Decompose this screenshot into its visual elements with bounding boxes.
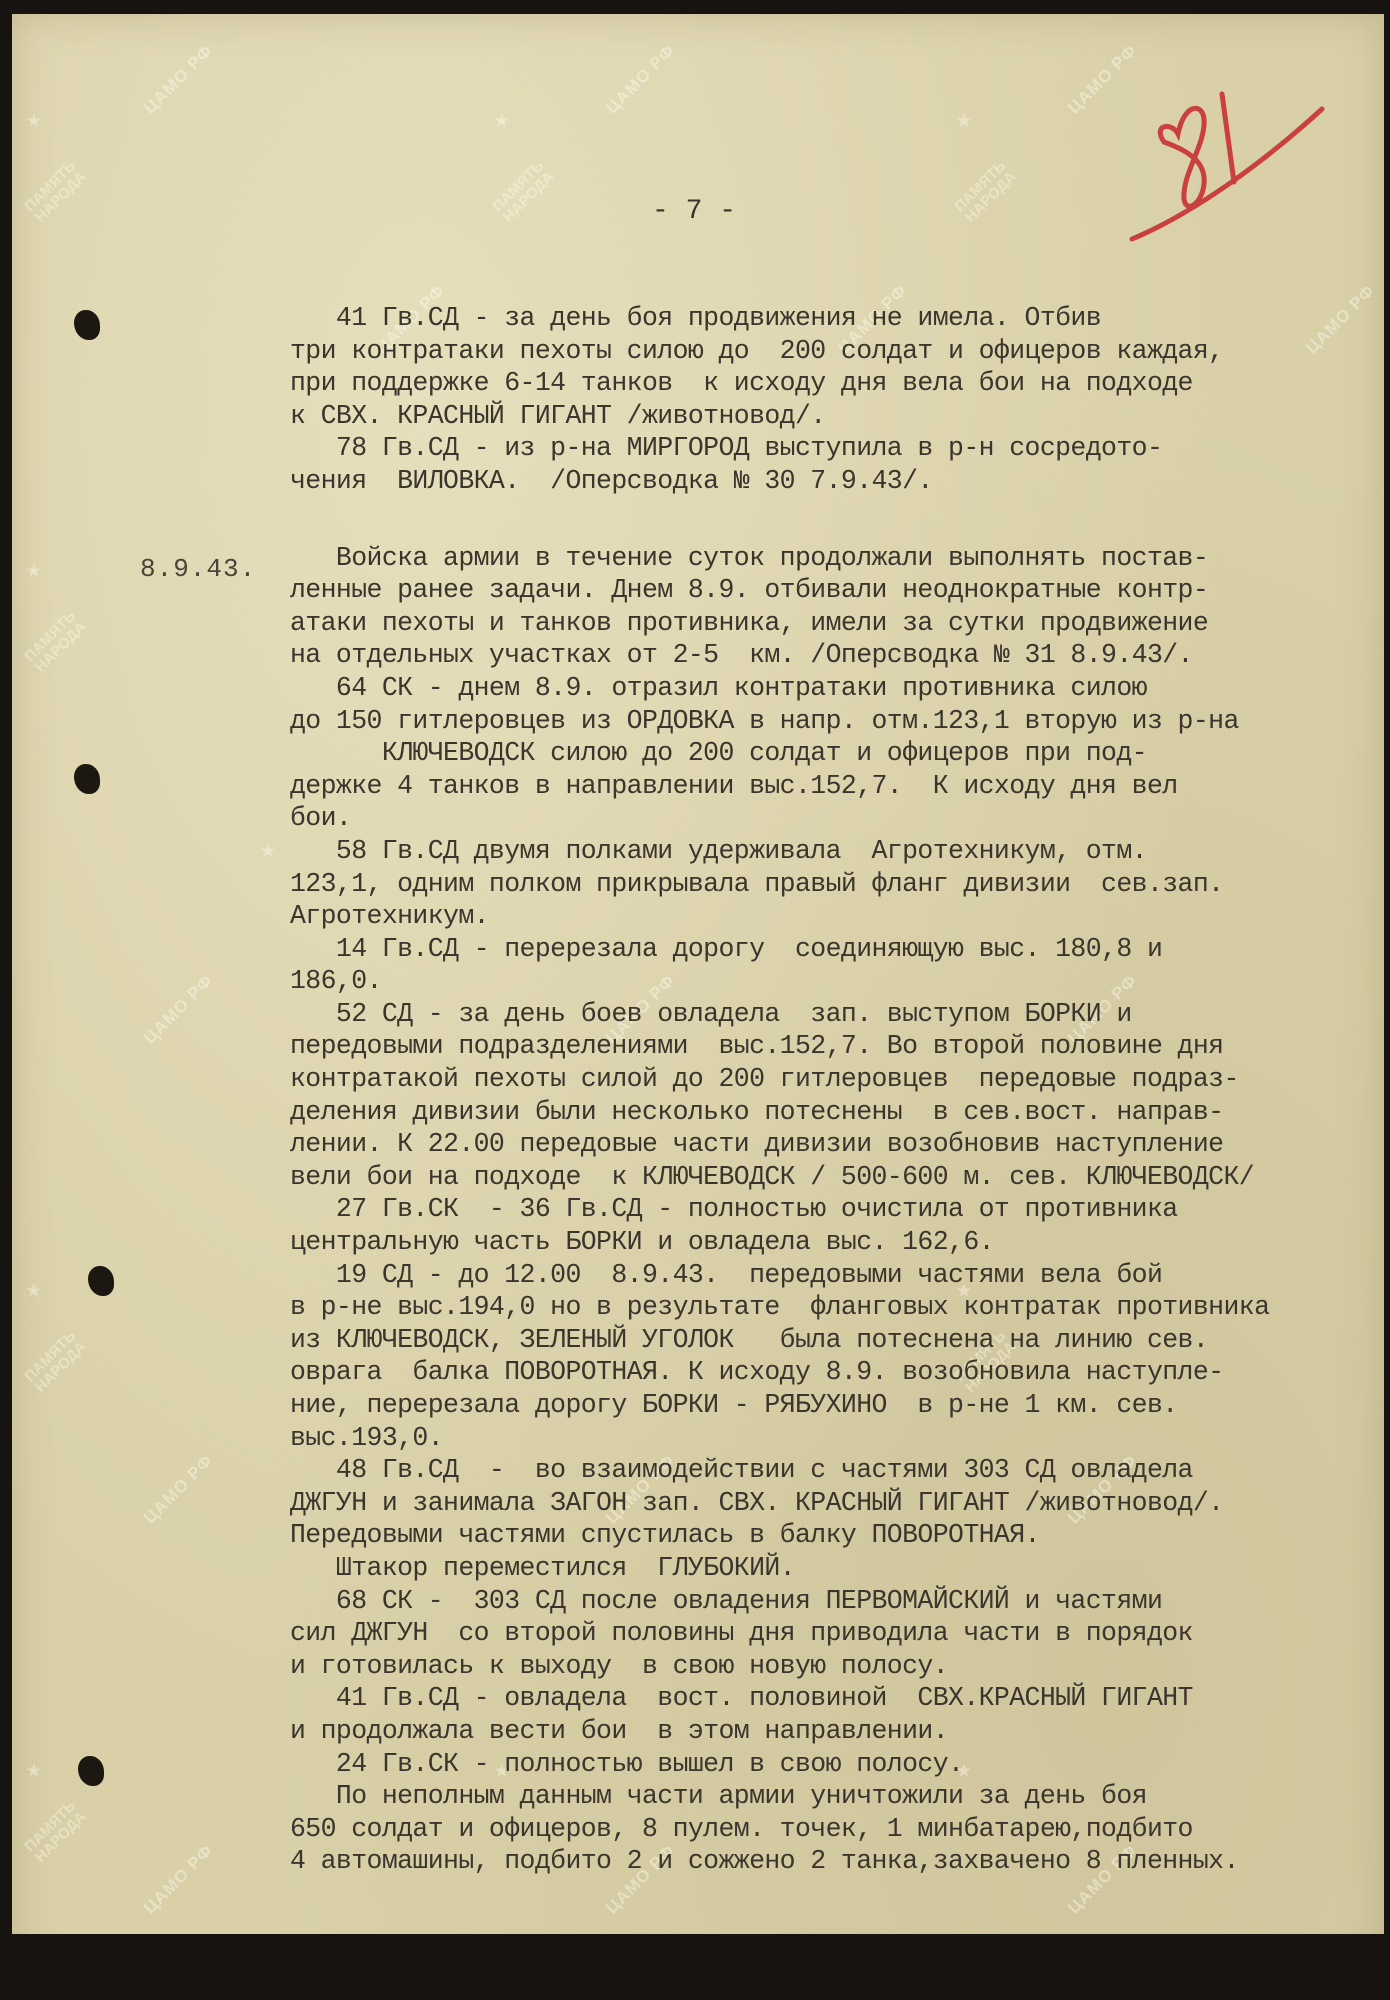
report-body: 41 Гв.СД - за день боя продвижения не им… <box>290 302 1390 1878</box>
text-line: 19 СД - до 12.00 8.9.43. передовыми част… <box>290 1259 1390 1292</box>
star-watermark-icon: ★ <box>26 104 42 135</box>
text-line: КЛЮЧЕВОДСК силою до 200 солдат и офицеро… <box>290 737 1390 770</box>
binder-hole <box>88 1266 114 1296</box>
text-line: оврага балка ПОВОРОТНАЯ. К исходу 8.9. в… <box>290 1356 1390 1389</box>
text-line: к СВХ. КРАСНЫЙ ГИГАНТ /животновод/. <box>290 400 1390 433</box>
text-line: из КЛЮЧЕВОДСК, ЗЕЛЕНЫЙ УГОЛОК была потес… <box>290 1324 1390 1357</box>
text-line: в р-не выс.194,0 но в результате флангов… <box>290 1291 1390 1324</box>
watermark-project: ПАМЯТЬНАРОДА <box>22 608 89 675</box>
page-number: - 7 - <box>652 196 736 227</box>
watermark-project: ПАМЯТЬНАРОДА <box>22 1798 89 1865</box>
text-line: вели бои на подходе к КЛЮЧЕВОДСК / 500-6… <box>290 1161 1390 1194</box>
scan-edge <box>12 1934 1384 1974</box>
watermark-archive: ЦАМО РФ <box>602 41 679 118</box>
text-line: 27 Гв.СК - 36 Гв.СД - полностью очистила… <box>290 1193 1390 1226</box>
text-line: три контратаки пехоты силою до 200 солда… <box>290 335 1390 368</box>
text-line: 123,1, одним полком прикрывала правый фл… <box>290 868 1390 901</box>
watermark-project: ПАМЯТЬНАРОДА <box>22 158 89 225</box>
text-line: ленные ранее задачи. Днем 8.9. отбивали … <box>290 574 1390 607</box>
text-line: 41 Гв.СД - за день боя продвижения не им… <box>290 302 1390 335</box>
star-watermark-icon: ★ <box>260 834 276 865</box>
text-line: 68 СК - 303 СД после овладения ПЕРВОМАЙС… <box>290 1585 1390 1618</box>
text-line: до 150 гитлеровцев из ОРДОВКА в напр. от… <box>290 705 1390 738</box>
text-line: 52 СД - за день боев овладела зап. высту… <box>290 998 1390 1031</box>
text-line: 48 Гв.СД - во взаимодействии с частями 3… <box>290 1454 1390 1487</box>
text-line: центральную часть БОРКИ и овладела выс. … <box>290 1226 1390 1259</box>
text-line: деления дивизии были несколько потеснены… <box>290 1096 1390 1129</box>
text-line: и готовилась к выходу в свою новую полос… <box>290 1650 1390 1683</box>
text-line: и продолжала вести бои в этом направлени… <box>290 1715 1390 1748</box>
text-line: 41 Гв.СД - овладела вост. половиной СВХ.… <box>290 1682 1390 1715</box>
text-line: сил ДЖГУН со второй половины дня приводи… <box>290 1617 1390 1650</box>
star-watermark-icon: ★ <box>26 1274 42 1305</box>
text-line: контратакой пехоты силой до 200 гитлеров… <box>290 1063 1390 1096</box>
star-watermark-icon: ★ <box>956 104 972 135</box>
text-line: 4 автомашины, подбито 2 и сожжено 2 танк… <box>290 1845 1390 1878</box>
text-line: передовыми подразделениями выс.152,7. Во… <box>290 1030 1390 1063</box>
text-line: 14 Гв.СД - перерезала дорогу соединяющую… <box>290 933 1390 966</box>
star-watermark-icon: ★ <box>494 104 510 135</box>
text-line: при поддержке 6-14 танков к исходу дня в… <box>290 367 1390 400</box>
text-line: Войска армии в течение суток продолжали … <box>290 542 1390 575</box>
text-line: Агротехникум. <box>290 900 1390 933</box>
margin-date: 8.9.43. <box>140 554 256 584</box>
star-watermark-icon: ★ <box>26 1754 42 1785</box>
watermark-archive: ЦАМО РФ <box>140 1841 217 1918</box>
text-line: бои. <box>290 802 1390 835</box>
text-line: 186,0. <box>290 965 1390 998</box>
document-page: ЦАМО РФ ЦАМО РФ ЦАМО РФ ЦАМО РФ ЦАМО РФ … <box>12 14 1384 1974</box>
binder-hole <box>74 310 100 340</box>
text-line: По неполным данным части армии уничтожил… <box>290 1780 1390 1813</box>
archive-page-mark: 81 <box>1122 64 1342 254</box>
text-line: 78 Гв.СД - из р-на МИРГОРОД выступила в … <box>290 432 1390 465</box>
text-line: Передовыми частями спустилась в балку ПО… <box>290 1519 1390 1552</box>
text-line: чения ВИЛОВКА. /Оперсводка № 30 7.9.43/. <box>290 465 1390 498</box>
text-line: 58 Гв.СД двумя полками удерживала Агроте… <box>290 835 1390 868</box>
watermark-archive: ЦАМО РФ <box>140 1451 217 1528</box>
text-line: 650 солдат и офицеров, 8 пулем. точек, 1… <box>290 1813 1390 1846</box>
star-watermark-icon: ★ <box>26 554 42 585</box>
text-line: выс.193,0. <box>290 1422 1390 1455</box>
binder-hole <box>78 1756 104 1786</box>
text-line: лении. К 22.00 передовые части дивизии в… <box>290 1128 1390 1161</box>
watermark-archive: ЦАМО РФ <box>140 41 217 118</box>
watermark-project: ПАМЯТЬНАРОДА <box>22 1328 89 1395</box>
watermark-project: ПАМЯТЬНАРОДА <box>490 158 557 225</box>
text-line: на отдельных участках от 2-5 км. /Оперсв… <box>290 639 1390 672</box>
text-line: 24 Гв.СК - полностью вышел в свою полосу… <box>290 1748 1390 1781</box>
text-line: 64 СК - днем 8.9. отразил контратаки про… <box>290 672 1390 705</box>
text-line: атаки пехоты и танков противника, имели … <box>290 607 1390 640</box>
text-line: ние, перерезала дорогу БОРКИ - РЯБУХИНО … <box>290 1389 1390 1422</box>
text-line: Штакор переместился ГЛУБОКИЙ. <box>290 1552 1390 1585</box>
watermark-project: ПАМЯТЬНАРОДА <box>952 158 1019 225</box>
binder-hole <box>74 764 100 794</box>
text-line: ДЖГУН и занимала ЗАГОН зап. СВХ. КРАСНЫЙ… <box>290 1487 1390 1520</box>
text-line: держке 4 танков в направлении выс.152,7.… <box>290 770 1390 803</box>
text-line <box>290 498 1390 542</box>
watermark-archive: ЦАМО РФ <box>140 971 217 1048</box>
